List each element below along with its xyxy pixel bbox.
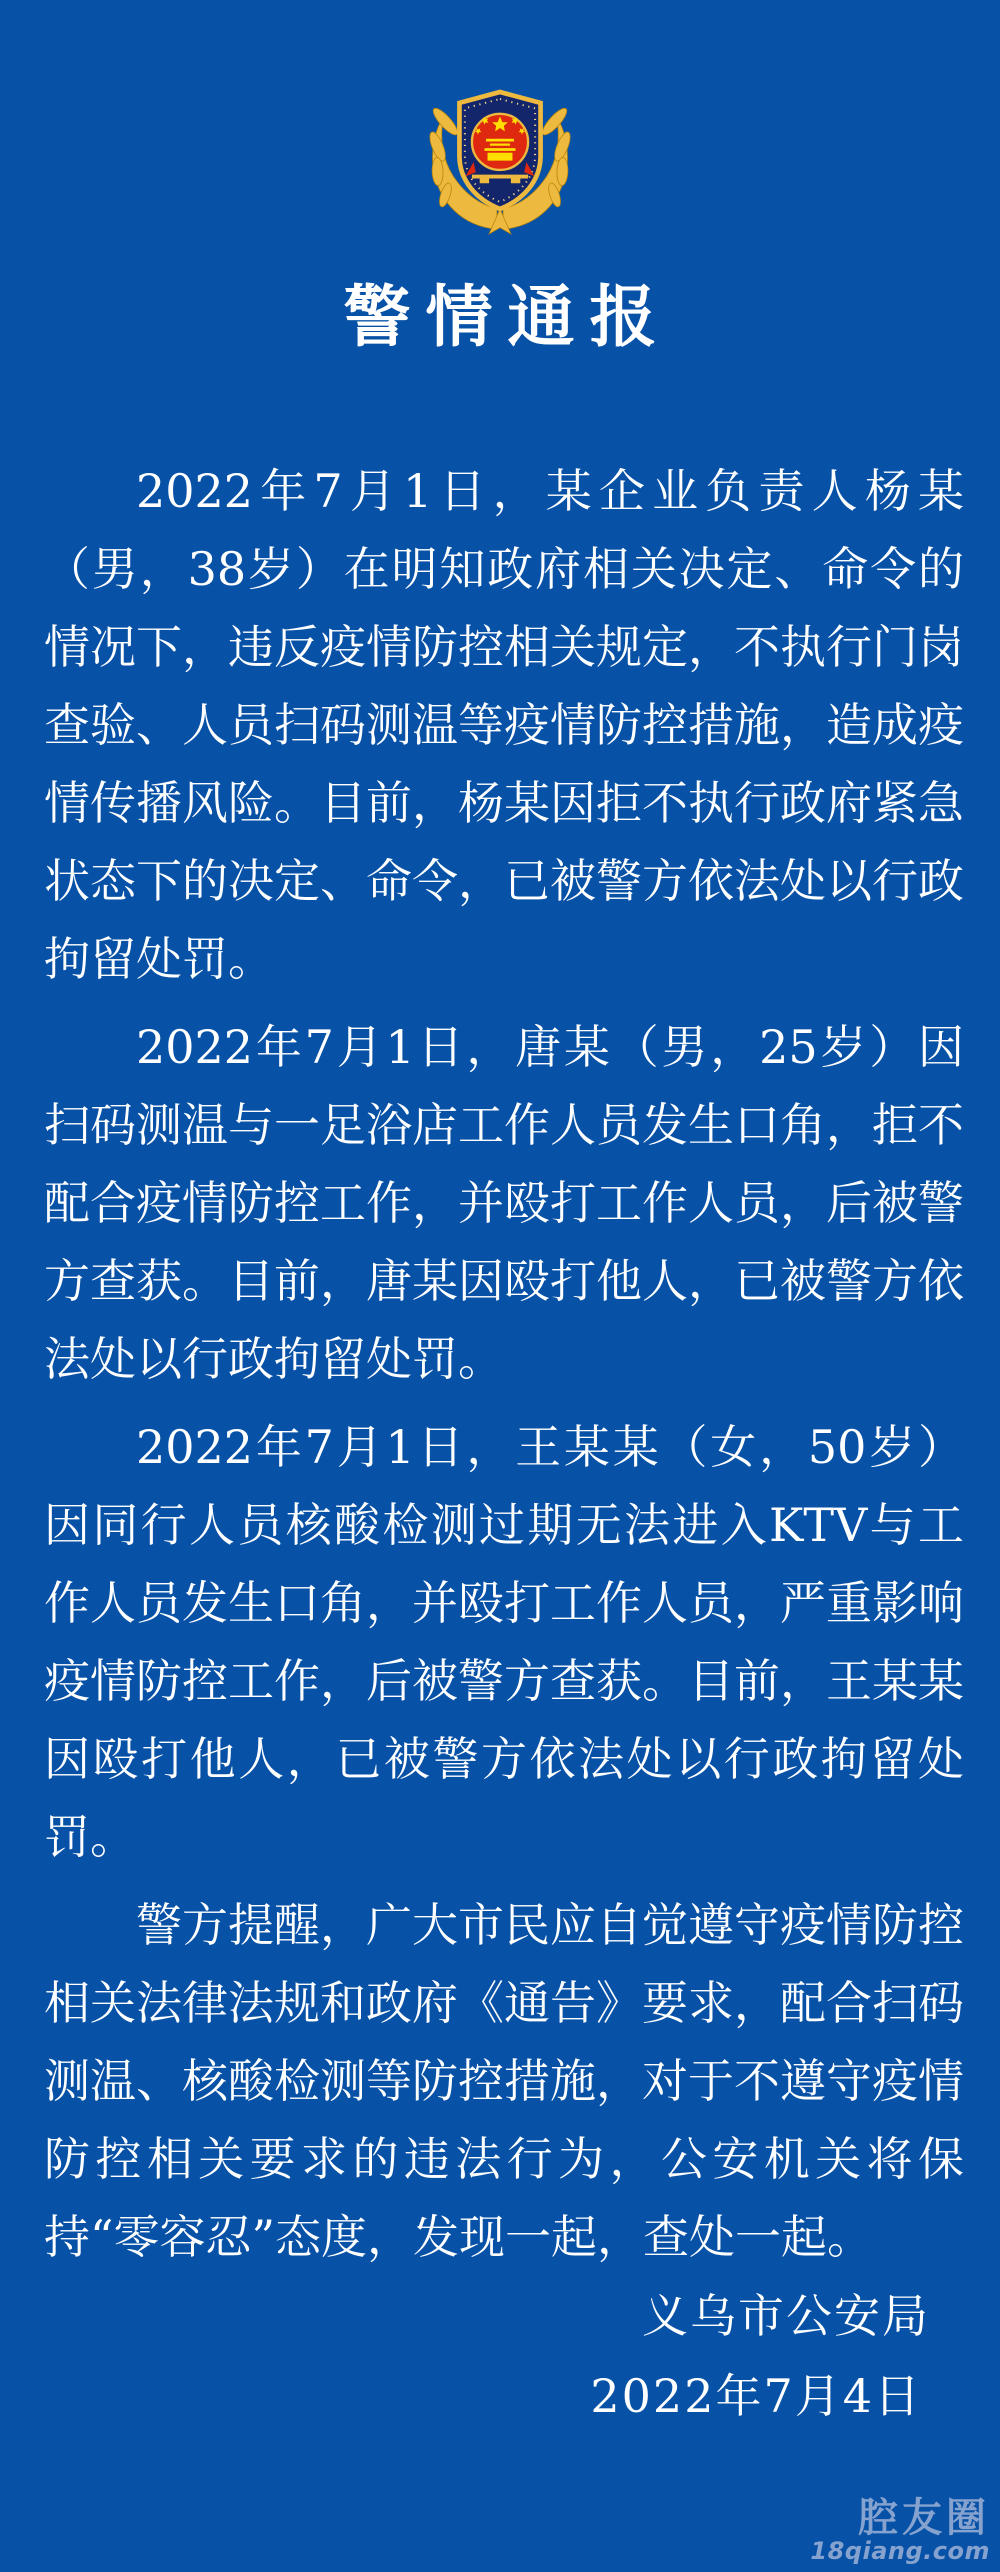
- police-badge-icon: [422, 80, 578, 242]
- notice-paragraph-4: 警方提醒，广大市民应自觉遵守疫情防控相关法律法规和政府《通告》要求，配合扫码测温…: [44, 1886, 964, 2276]
- police-notice-poster: 警情通报 2022年7月1日，某企业负责人杨某（男，38岁）在明知政府相关决定、…: [0, 0, 1000, 2572]
- notice-paragraph-1: 2022年7月1日，某企业负责人杨某（男，38岁）在明知政府相关决定、命令的情况…: [44, 452, 964, 998]
- watermark: 腔友圈 18qiang.com: [810, 2497, 990, 2564]
- watermark-site-name: 腔友圈: [810, 2497, 990, 2539]
- watermark-site-url: 18qiang.com: [810, 2539, 990, 2564]
- notice-body: 2022年7月1日，某企业负责人杨某（男，38岁）在明知政府相关决定、命令的情况…: [44, 452, 964, 2286]
- notice-title: 警情通报: [0, 283, 1000, 350]
- notice-paragraph-3: 2022年7月1日，王某某（女，50岁）因同行人员核酸检测过期无法进入KTV与工…: [44, 1408, 964, 1876]
- notice-paragraph-2: 2022年7月1日，唐某（男，25岁）因扫码测温与一足浴店工作人员发生口角，拒不…: [44, 1008, 964, 1398]
- issuer-signature: 义乌市公安局: [642, 2280, 930, 2346]
- issue-date: 2022年7月4日: [590, 2360, 922, 2426]
